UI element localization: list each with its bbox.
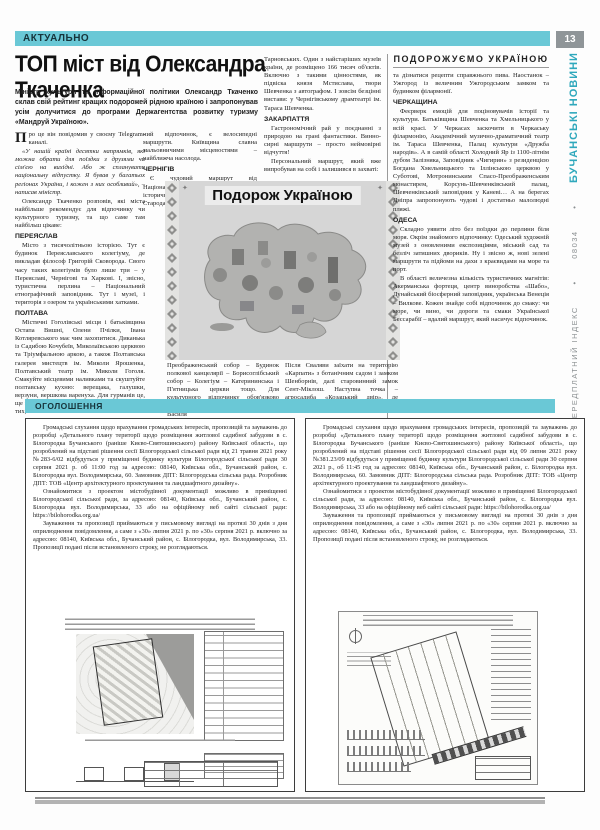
paragraph: Складно уявити літо без поїздки до перли… <box>393 226 549 275</box>
section-heading-poltava: ПОЛТАВА <box>15 310 145 318</box>
paragraph: ний відпочинок, є велосипедні маршрути. … <box>143 131 257 163</box>
paragraph: Про це він повідомив у своєму Telegram-к… <box>15 131 145 147</box>
legend-table <box>204 631 284 741</box>
paragraph: Громадські слухання щодо врахування гром… <box>313 424 577 488</box>
map-title: Подорож Україною <box>204 186 360 205</box>
announcements-bar: ОГОЛОШЕННЯ <box>25 399 555 413</box>
paragraph: та дізнатися рецепти справжнього пива. Н… <box>393 72 549 96</box>
plan-header-lines <box>363 615 513 626</box>
sidebar-header: ПОДОРОЖУЄМО УКРАЇНОЮ <box>393 54 549 68</box>
site-location-map <box>76 634 194 734</box>
bottom-divider-rule <box>35 797 545 804</box>
section-heading-chernihiv: ЧЕРНІГІВ <box>143 166 257 174</box>
ukraine-map-figure: ✦ ✦ Подорож Україною <box>165 181 400 360</box>
paragraph: Ознайомитися з проектом містобудівної до… <box>313 488 577 512</box>
article-column-3: Тарновських. Один з найстаріших музеїв к… <box>264 56 381 182</box>
paragraph: Ознайомитися з проектом містобудівної до… <box>33 488 287 520</box>
map-corner-emblem-right: ✦ <box>377 184 383 192</box>
paper-name: БУЧАНСЬКІ НОВИНИ <box>568 52 580 183</box>
article-below-map-right: Після Сваляви заїхати на територію «Карп… <box>285 362 398 404</box>
paragraph-quote: «У нашій країні десятки напрямків, які м… <box>15 148 145 197</box>
announcement-box-1: Громадські слухання щодо врахування гром… <box>25 418 295 792</box>
announcement-2-text: Громадські слухання щодо врахування гром… <box>313 424 577 544</box>
subscription-index-label: ПЕРЕДПЛАТНИЙ ІНДЕКС <box>570 306 579 425</box>
paragraph: Феєрверк емоцій для поціновувачів історі… <box>393 108 549 213</box>
paragraph: Тарновських. Один з найстаріших музеїв к… <box>264 56 381 113</box>
ornament-border-left <box>165 181 179 360</box>
plan-sheet <box>338 611 538 785</box>
vertical-masthead: ПЕРЕДПЛАТНИЙ ІНДЕКС • 08034 • БУЧАНСЬКІ … <box>566 52 582 425</box>
paragraph: В області величезна кількість туристични… <box>393 275 549 324</box>
section-heading-odesa: ОДЕСА <box>393 217 549 225</box>
parcel-outline <box>93 638 164 726</box>
paragraph: Гастрономічний рай у поєднанні з природо… <box>264 125 381 157</box>
paragraph: Зауваження та пропозиції приймаються у п… <box>313 512 577 544</box>
map-corner-emblem-left: ✦ <box>182 184 188 192</box>
elevation-row-1 <box>347 730 425 740</box>
section-heading-pereiaslav: ПЕРЕЯСЛАВ <box>15 233 145 241</box>
masthead-bullet-2: • <box>570 205 579 209</box>
elevation-row-3 <box>347 762 411 772</box>
north-arrow-icon <box>349 630 362 643</box>
title-block-stamp <box>144 761 278 787</box>
newspaper-page: АКТУАЛЬНО 13 ПЕРЕДПЛАТНИЙ ІНДЕКС • 08034… <box>0 0 600 830</box>
illustrated-ukraine-map <box>179 205 386 355</box>
plan-legend-list <box>491 628 531 720</box>
site-plan-figure <box>34 617 286 787</box>
paragraph: Персональний маршрут, який вже випробува… <box>264 158 381 174</box>
paragraph: Громадські слухання щодо врахування гром… <box>33 424 287 488</box>
map-canvas: ✦ ✦ Подорож Україною <box>179 181 386 360</box>
paragraph: Місто з тисячолітньою історією. Тут є бу… <box>15 242 145 307</box>
elevation-row-2 <box>347 746 425 756</box>
subscription-index-value: 08034 <box>570 230 579 258</box>
figure-caption-lines <box>65 617 255 630</box>
article-column-1: Про це він повідомив у своєму Telegram-к… <box>15 131 145 421</box>
figure-caption-line <box>85 739 235 741</box>
section-header-bar: АКТУАЛЬНО <box>15 31 550 46</box>
article-lead: Міністр культури та інформаційної політи… <box>15 88 258 128</box>
announcements-label: ОГОЛОШЕННЯ <box>25 401 103 411</box>
article-below-map-left: Преображенський собор – Будинок полкової… <box>167 362 279 404</box>
section-label: АКТУАЛЬНО <box>15 33 89 44</box>
article-column-2: ний відпочинок, є велосипедні маршрути. … <box>143 131 257 181</box>
masthead-bullet: • <box>570 280 579 284</box>
master-plan-figure <box>314 611 576 787</box>
section-heading-cherkashchyna: ЧЕРКАЩИНА <box>393 99 549 107</box>
title-block-stamp <box>475 756 531 780</box>
announcement-box-2: Громадські слухання щодо врахування гром… <box>305 418 585 792</box>
paragraph: Олександр Ткаченко розповів, які міста н… <box>15 198 145 230</box>
page-number-badge: 13 <box>556 31 584 48</box>
announcement-1-text: Громадські слухання щодо врахування гром… <box>33 424 287 552</box>
drop-cap: П <box>15 131 29 145</box>
section-heading-zakarpattia: ЗАКАРПАТТЯ <box>264 116 381 124</box>
sidebar-column: та дізнатися рецепти справжнього пива. Н… <box>393 72 549 418</box>
paragraph: Зауваження та пропозиції приймаються у п… <box>33 520 287 552</box>
